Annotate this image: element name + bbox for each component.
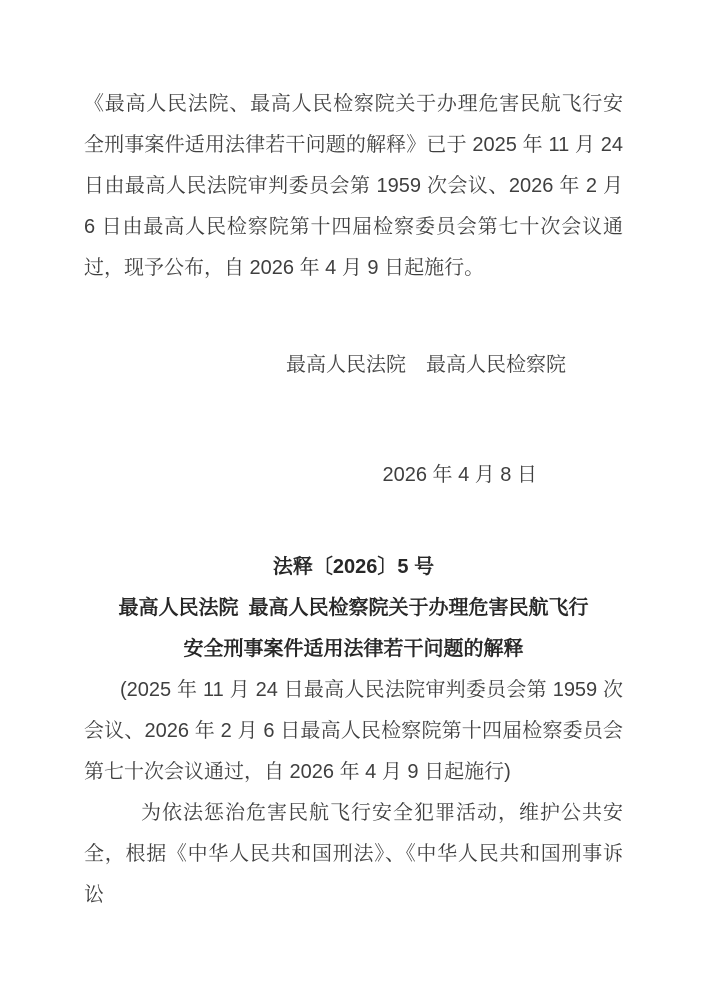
document-heading: 法释〔2026〕5 号 最高人民法院 最高人民检察院关于办理危害民航飞行 安全刑… <box>84 547 623 670</box>
document-title-line-1: 最高人民法院 最高人民检察院关于办理危害民航飞行 <box>84 588 623 629</box>
legal-document-page: 《最高人民法院、最高人民检察院关于办理危害民航飞行安全刑事案件适用法律若干问题的… <box>0 0 707 999</box>
announcement-paragraph: 《最高人民法院、最高人民检察院关于办理危害民航飞行安全刑事案件适用法律若干问题的… <box>84 84 623 289</box>
issuing-authorities-signature: 最高人民法院 最高人民检察院 <box>84 345 623 386</box>
publish-date: 2026 年 4 月 8 日 <box>84 455 623 496</box>
document-title-line-2: 安全刑事案件适用法律若干问题的解释 <box>84 629 623 670</box>
adoption-note-paragraph: (2025 年 11 月 24 日最高人民法院审判委员会第 1959 次会议、2… <box>84 670 623 793</box>
body-paragraph: 为依法惩治危害民航飞行安全犯罪活动，维护公共安全，根据《中华人民共和国刑法》、《… <box>84 793 623 916</box>
document-number: 法释〔2026〕5 号 <box>84 547 623 588</box>
